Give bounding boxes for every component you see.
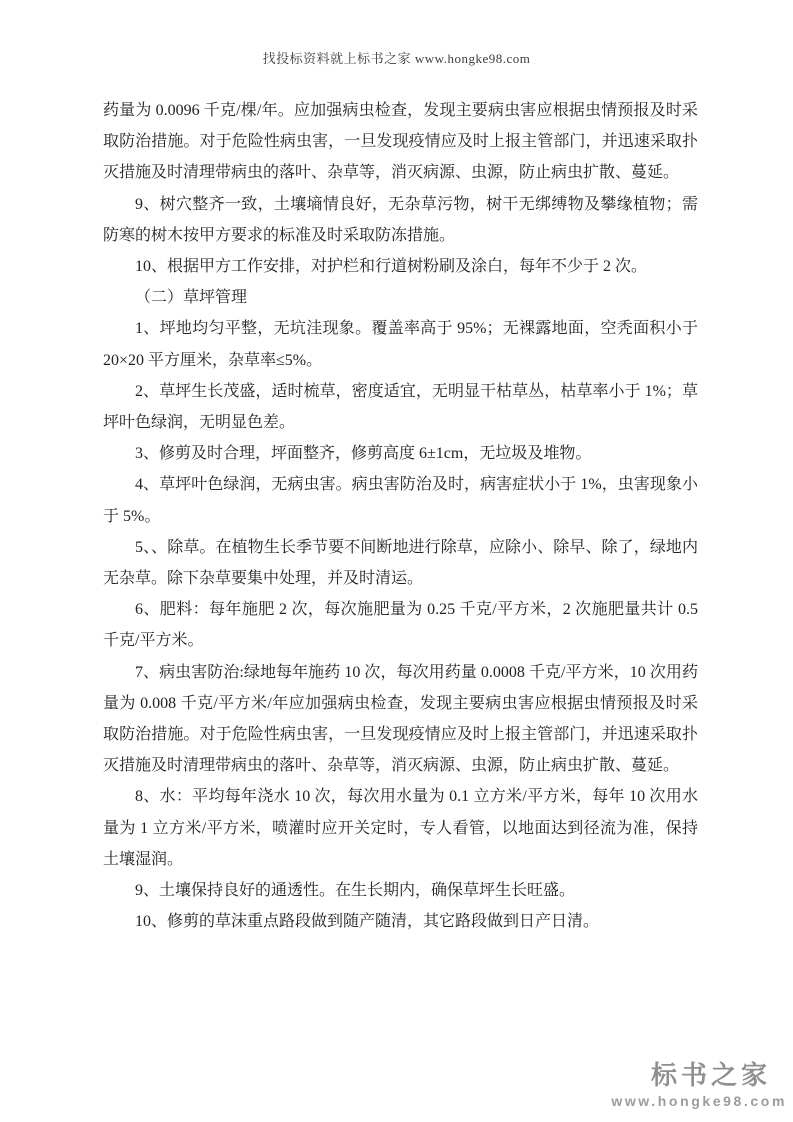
- paragraph: 2、草坪生长茂盛，适时梳草，密度适宜，无明显干枯草丛，枯草率小于 1%；草坪叶色…: [103, 376, 698, 438]
- paragraph: 10、修剪的草沫重点路段做到随产随清，其它路段做到日产日清。: [103, 906, 698, 937]
- paragraph: 8、水：平均每年浇水 10 次，每次用水量为 0.1 立方米/平方米，每年 10…: [103, 781, 698, 875]
- paragraph: 9、树穴整齐一致，土壤墒情良好，无杂草污物，树干无绑缚物及攀缘植物；需防寒的树木…: [103, 189, 698, 251]
- paragraph: 6、肥料：每年施肥 2 次，每次施肥量为 0.25 千克/平方米，2 次施肥量共…: [103, 594, 698, 656]
- document-body: 药量为 0.0096 千克/棵/年。应加强病虫检查，发现主要病虫害应根据虫情预报…: [103, 95, 698, 937]
- page-header: 找投标资料就上标书之家 www.hongke98.com: [0, 48, 793, 67]
- paragraph: 10、根据甲方工作安排，对护栏和行道树粉刷及涂白，每年不少于 2 次。: [103, 251, 698, 282]
- paragraph: 5、、除草。在植物生长季节要不间断地进行除草，应除小、除早、除了，绿地内无杂草。…: [103, 532, 698, 594]
- document-page: 找投标资料就上标书之家 www.hongke98.com 药量为 0.0096 …: [0, 0, 793, 1122]
- watermark-url-text: www.hongke98.com: [611, 1092, 787, 1110]
- watermark-logo-text: 标书之家: [611, 1061, 771, 1090]
- paragraph: 7、病虫害防治:绿地每年施药 10 次，每次用药量 0.0008 千克/平方米，…: [103, 657, 698, 782]
- paragraph: 3、修剪及时合理，坪面整齐，修剪高度 6±1cm，无垃圾及堆物。: [103, 438, 698, 469]
- paragraph: 1、坪地均匀平整，无坑洼现象。覆盖率高于 95%；无裸露地面，空秃面积小于 20…: [103, 313, 698, 375]
- site-watermark: 标书之家 www.hongke98.com: [611, 1061, 787, 1110]
- paragraph: 9、土壤保持良好的通透性。在生长期内，确保草坪生长旺盛。: [103, 875, 698, 906]
- section-heading: （二）草坪管理: [103, 282, 698, 313]
- paragraph: 4、草坪叶色绿润，无病虫害。病虫害防治及时，病害症状小于 1%，虫害现象小于 5…: [103, 469, 698, 531]
- paragraph: 药量为 0.0096 千克/棵/年。应加强病虫检查，发现主要病虫害应根据虫情预报…: [103, 95, 698, 189]
